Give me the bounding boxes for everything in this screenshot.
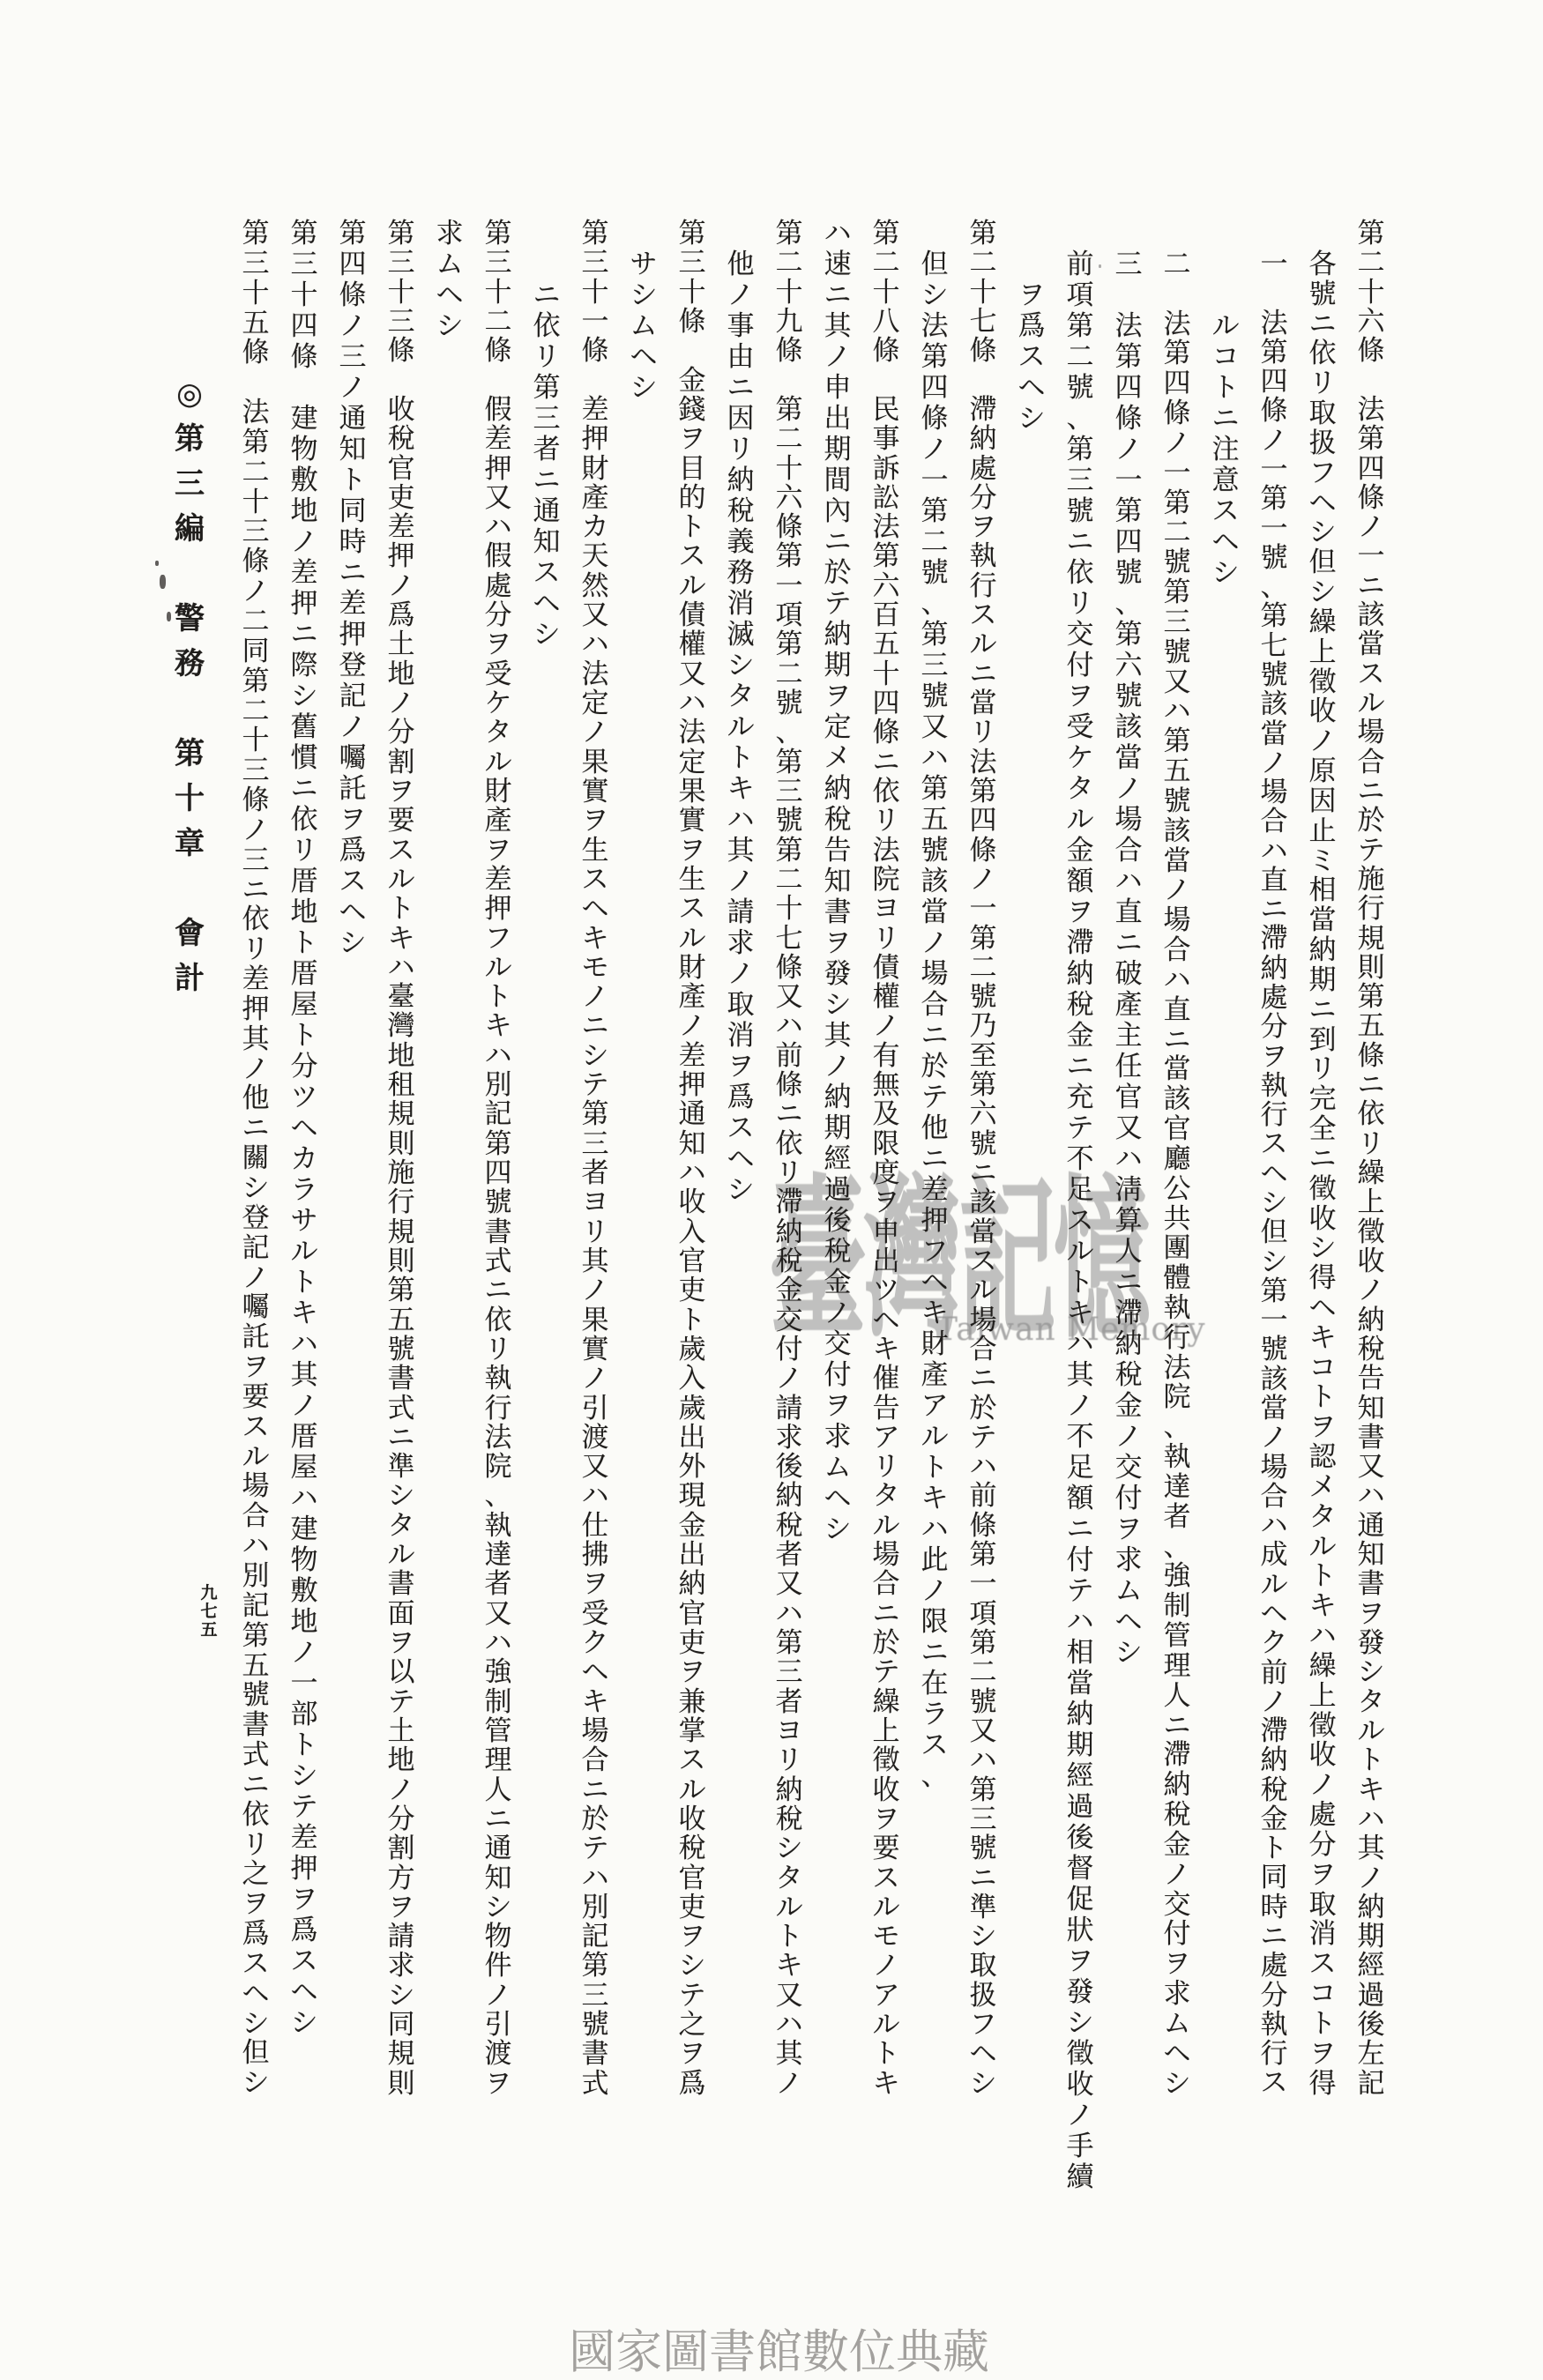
text-column: 第三十一條 差押財產カ天然又ハ法定ノ果實ヲ生スヘキモノニシテ第三者ヨリ其ノ果實ノ… <box>573 220 617 2098</box>
text-column: ヲ爲スヘシ <box>1010 282 1054 433</box>
ink-speck <box>1099 264 1101 268</box>
text-column: 二 法第四條ノ一第二號第三號又ハ第五號該當ノ場合ハ直ニ當該官廳公共團體執行法院、… <box>1155 251 1199 2098</box>
text-column: 第四條ノ三ノ通知ト同時ニ差押登記ノ囑託ヲ爲スヘシ <box>331 220 375 957</box>
text-column: 三 法第四條ノ一第四號、第六號該當ノ場合ハ直ニ破產主任官又ハ淸算人ニ滯納稅金ノ交… <box>1107 251 1151 1667</box>
text-column: ハ速ニ其ノ申出期間內ニ於テ納期ヲ定メ納稅告知書ヲ發シ其ノ納期經過後稅金ノ交付ヲ求… <box>816 220 860 1543</box>
text-column: 第三十條 金錢ヲ目的トスル債權又ハ法定果實ヲ生スル財產ノ差押通知ハ收入官吏ト歲入… <box>670 220 714 2098</box>
text-column: 前項第二號、第三號ニ依リ交付ヲ受ケタル金額ヲ滯納稅金ニ充テ不足スルトキハ其ノ不足… <box>1058 251 1102 2191</box>
text-column: ルコトニ注意スヘシ <box>1204 313 1248 587</box>
text-column: 一 法第四條ノ一第一號、第七號該當ノ場合ハ直ニ滯納處分ヲ執行スヘシ但シ第一號該當… <box>1252 251 1296 2098</box>
section-header: ◎第三編 警務 第十章 會計 <box>169 379 210 993</box>
text-column: 第二十八條 民事訴訟法第六百五十四條ニ依リ法院ヨリ債權ノ有無及限度ヲ申出ツヘキ催… <box>864 220 908 2098</box>
text-column: 第二十七條 滯納處分ヲ執行スルニ當リ法第四條ノ一第二號乃至第六號ニ該當スル場合ニ… <box>961 220 1005 2098</box>
scanned-document-page: 臺灣記憶 Taiwan Memory 第二十六條 法第四條ノ一ニ該當スル場合ニ於… <box>0 0 1543 2380</box>
text-column: サシムヘシ <box>622 251 666 402</box>
text-column: 第三十五條 法第二十三條ノ二同第二十三條ノ三ニ依リ差押其ノ他ニ關シ登記ノ囑託ヲ要… <box>234 220 278 2098</box>
text-column: 各號ニ依リ取扱フヘシ但シ繰上徵收ノ原因止ミ相當納期ニ到リ完全ニ徵收シ得ヘキコトヲ… <box>1301 251 1345 2098</box>
text-column: 但シ法第四條ノ一第二號、第三號又ハ第五號該當ノ場合ニ於テ他ニ差押フヘキ財產アルト… <box>913 251 957 1790</box>
text-column: 求ムヘシ <box>428 220 472 340</box>
text-column: 第三十二條 假差押又ハ假處分ヲ受ケタル財產ヲ差押フルトキハ別記第四號書式ニ依リ執… <box>476 220 520 2098</box>
ink-speck <box>155 561 159 566</box>
text-column: 第三十四條 建物敷地ノ差押ニ際シ舊慣ニ依リ厝地ト厝屋ト分ツヘカラサルトキハ其ノ厝… <box>282 220 326 2037</box>
text-column: 第三十三條 收稅官吏差押ノ爲土地ノ分割ヲ要スルトキハ臺灣地租規則施行規則第五號書… <box>379 220 423 2098</box>
footer-caption: 國家圖書館數位典藏 <box>569 2315 989 2380</box>
ink-speck <box>160 575 166 589</box>
text-column: 第二十六條 法第四條ノ一ニ該當スル場合ニ於テ施行規則第五條ニ依リ繰上徵收ノ納稅告… <box>1349 220 1393 2098</box>
ink-speck <box>167 612 171 621</box>
text-column: 第二十九條 第二十六條第一項第二號、第三號第二十七條又ハ前條ニ依リ滯納稅金交付ノ… <box>767 220 811 2098</box>
page-number: 九七五 <box>196 1585 222 1639</box>
text-column: ニ依リ第三者ニ通知スヘシ <box>525 282 569 649</box>
text-column: 他ノ事由ニ因リ納稅義務消滅シタルトキハ其ノ請求ノ取消ヲ爲スヘシ <box>719 251 763 1204</box>
